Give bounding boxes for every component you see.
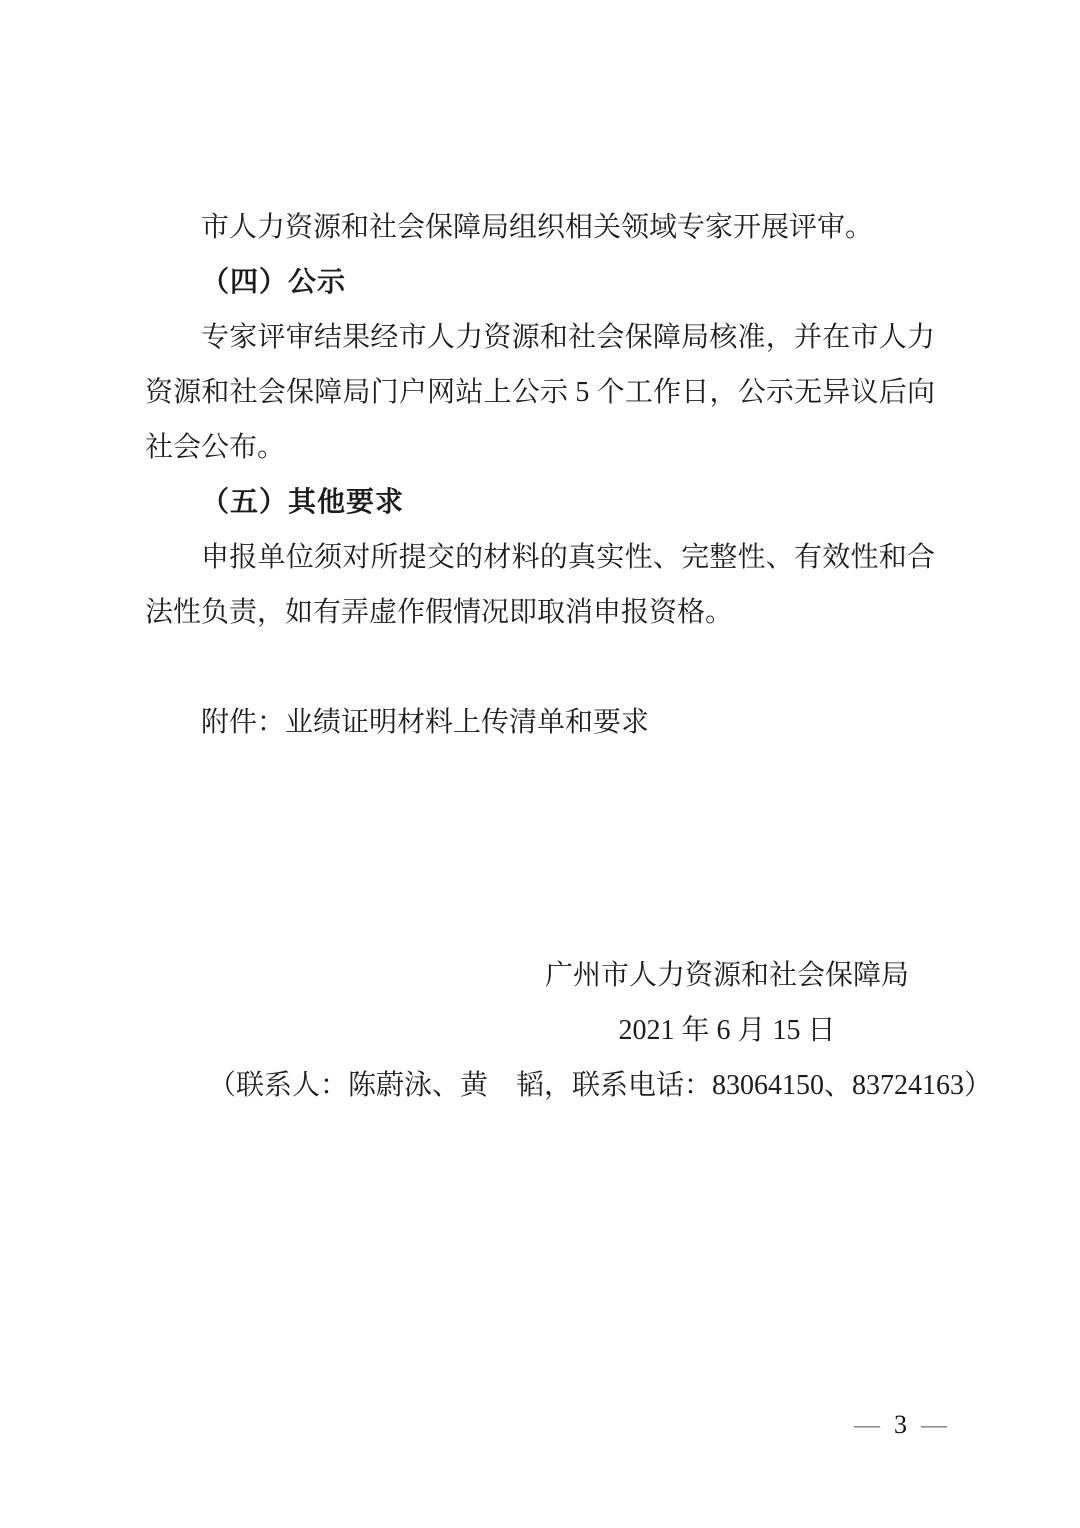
section-heading-5-other-requirements: （五）其他要求 bbox=[145, 475, 935, 530]
attachment-note: 附件：业绩证明材料上传清单和要求 bbox=[145, 695, 935, 750]
page-footer: —3— bbox=[828, 1380, 947, 1470]
signature-contact-info: （联系人：陈蔚泳、黄 韬，联系电话：83064150、83724163） bbox=[145, 1058, 935, 1113]
page-number-dash-left: — bbox=[854, 1410, 880, 1439]
page-number: 3 bbox=[894, 1410, 907, 1439]
page-number-dash-right: — bbox=[921, 1410, 947, 1439]
signature-organization: 广州市人力资源和社会保障局 bbox=[545, 948, 909, 1003]
document-page: 市人力资源和社会保障局组织相关领域专家开展评审。 （四）公示 专家评审结果经市人… bbox=[0, 0, 1080, 1528]
signature-block: 广州市人力资源和社会保障局 2021 年 6 月 15 日 bbox=[545, 948, 909, 1058]
document-body: 市人力资源和社会保障局组织相关领域专家开展评审。 （四）公示 专家评审结果经市人… bbox=[145, 200, 935, 1113]
paragraph-line: 法性负责，如有弄虚作假情况即取消申报资格。 bbox=[145, 585, 935, 640]
section-heading-4-public-notice: （四）公示 bbox=[145, 255, 935, 310]
paragraph-line: 社会公布。 bbox=[145, 420, 935, 475]
paragraph-line: 专家评审结果经市人力资源和社会保障局核准，并在市人力 bbox=[145, 310, 935, 365]
paragraph-review-conclusion: 市人力资源和社会保障局组织相关领域专家开展评审。 bbox=[145, 200, 935, 255]
paragraph-line: 申报单位须对所提交的材料的真实性、完整性、有效性和合 bbox=[145, 530, 935, 585]
signature-date: 2021 年 6 月 15 日 bbox=[545, 1003, 909, 1058]
paragraph-line: 资源和社会保障局门户网站上公示 5 个工作日，公示无异议后向 bbox=[145, 365, 935, 420]
